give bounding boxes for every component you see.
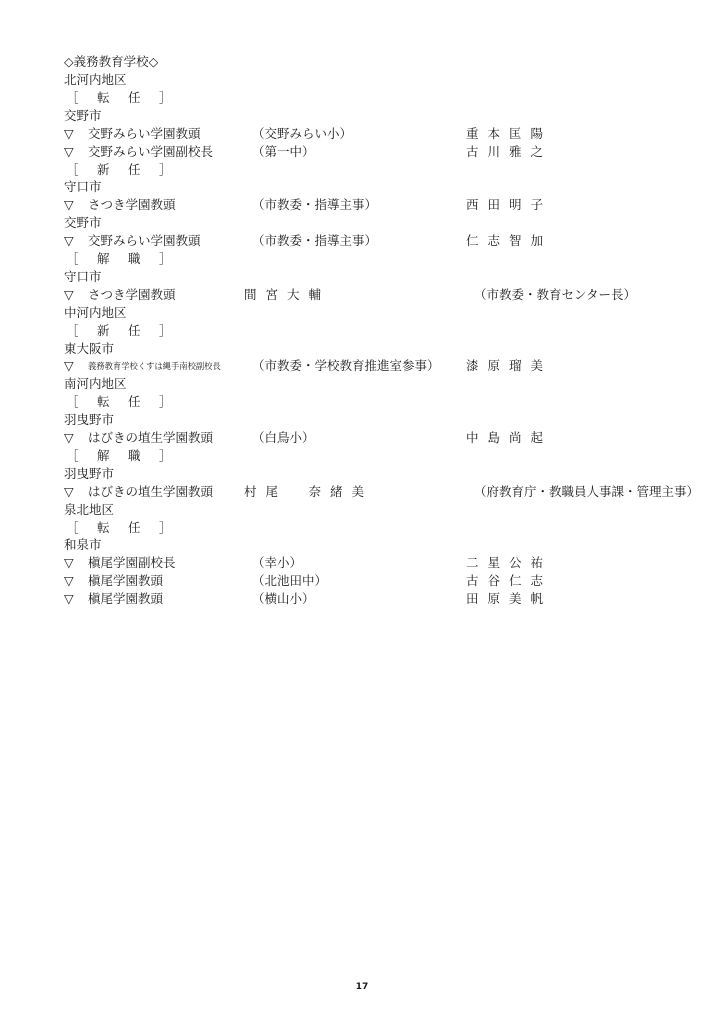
- position-title: はびきの埴生学園教頭: [88, 483, 213, 501]
- heading-text: ◇義務教育学校◇: [64, 53, 158, 71]
- city-name: 守口市: [64, 178, 102, 196]
- triangle-marker-icon: ▽: [64, 196, 74, 214]
- city-name: 和泉市: [64, 536, 102, 554]
- triangle-marker-icon: ▽: [64, 429, 74, 447]
- section-label: ［ 解 職 ］: [66, 250, 175, 268]
- person-name: 西田明子: [466, 196, 552, 214]
- section-label: ［ 転 任 ］: [66, 89, 175, 107]
- person-name: 間宮大輔: [244, 286, 330, 304]
- section-label: ［ 転 任 ］: [66, 519, 175, 537]
- city-name: 東大阪市: [64, 340, 114, 358]
- section-label: ［ 解 職 ］: [66, 447, 175, 465]
- previous-post: （北池田中）: [252, 572, 327, 590]
- person-name: 古川雅之: [466, 143, 552, 161]
- document-page: ◇義務教育学校◇ 北河内地区［ 転 任 ］交野市▽交野みらい学園教頭（交野みらい…: [0, 0, 724, 1024]
- city-name: 交野市: [64, 107, 102, 125]
- position-title: はびきの埴生学園教頭: [88, 429, 213, 447]
- position-title: 交野みらい学園教頭: [88, 232, 201, 250]
- section-label: ［ 新 任 ］: [66, 161, 175, 179]
- person-name: 仁志智加: [466, 232, 552, 250]
- new-post: （府教育庁・教職員人事課・管理主事）: [474, 483, 699, 501]
- position-title: さつき学園教頭: [88, 286, 176, 304]
- district-name: 中河内地区: [64, 304, 127, 322]
- section-label: ［ 転 任 ］: [66, 393, 175, 411]
- section-label: ［ 新 任 ］: [66, 322, 175, 340]
- position-title: さつき学園教頭: [88, 196, 176, 214]
- triangle-marker-icon: ▽: [64, 554, 74, 572]
- new-post: （市教委・教育センター長）: [474, 286, 636, 304]
- person-name: 古谷仁志: [466, 572, 552, 590]
- person-name: 重本匡陽: [466, 125, 552, 143]
- triangle-marker-icon: ▽: [64, 572, 74, 590]
- triangle-marker-icon: ▽: [64, 357, 74, 375]
- previous-post: （横山小）: [252, 590, 315, 608]
- position-title: 槇尾学園教頭: [88, 590, 163, 608]
- position-title: 交野みらい学園副校長: [88, 143, 213, 161]
- city-name: 守口市: [64, 268, 102, 286]
- person-name: 中島尚起: [466, 429, 552, 447]
- city-name: 羽曳野市: [64, 411, 114, 429]
- person-name: 二星公祐: [466, 554, 552, 572]
- person-name: 村尾 奈緒美: [244, 483, 373, 501]
- position-title: 槇尾学園教頭: [88, 572, 163, 590]
- person-name: 漆原瑠美: [466, 357, 552, 375]
- previous-post: （市教委・指導主事）: [252, 196, 377, 214]
- previous-post: （幸小）: [252, 554, 302, 572]
- person-name: 田原美帆: [466, 590, 552, 608]
- triangle-marker-icon: ▽: [64, 286, 74, 304]
- city-name: 羽曳野市: [64, 465, 114, 483]
- district-name: 北河内地区: [64, 71, 127, 89]
- district-name: 南河内地区: [64, 375, 127, 393]
- previous-post: （白鳥小）: [252, 429, 315, 447]
- triangle-marker-icon: ▽: [64, 125, 74, 143]
- triangle-marker-icon: ▽: [64, 590, 74, 608]
- triangle-marker-icon: ▽: [64, 483, 74, 501]
- page-number: 17: [0, 982, 724, 992]
- previous-post: （市教委・学校教育推進室参事）: [252, 357, 440, 375]
- triangle-marker-icon: ▽: [64, 232, 74, 250]
- triangle-marker-icon: ▽: [64, 143, 74, 161]
- previous-post: （市教委・指導主事）: [252, 232, 377, 250]
- position-title: 義務教育学校くすは縄手南校副校長: [88, 357, 221, 375]
- previous-post: （第一中）: [252, 143, 315, 161]
- district-name: 泉北地区: [64, 501, 114, 519]
- position-title: 槇尾学園副校長: [88, 554, 176, 572]
- city-name: 交野市: [64, 214, 102, 232]
- position-title: 交野みらい学園教頭: [88, 125, 201, 143]
- previous-post: （交野みらい小）: [252, 125, 352, 143]
